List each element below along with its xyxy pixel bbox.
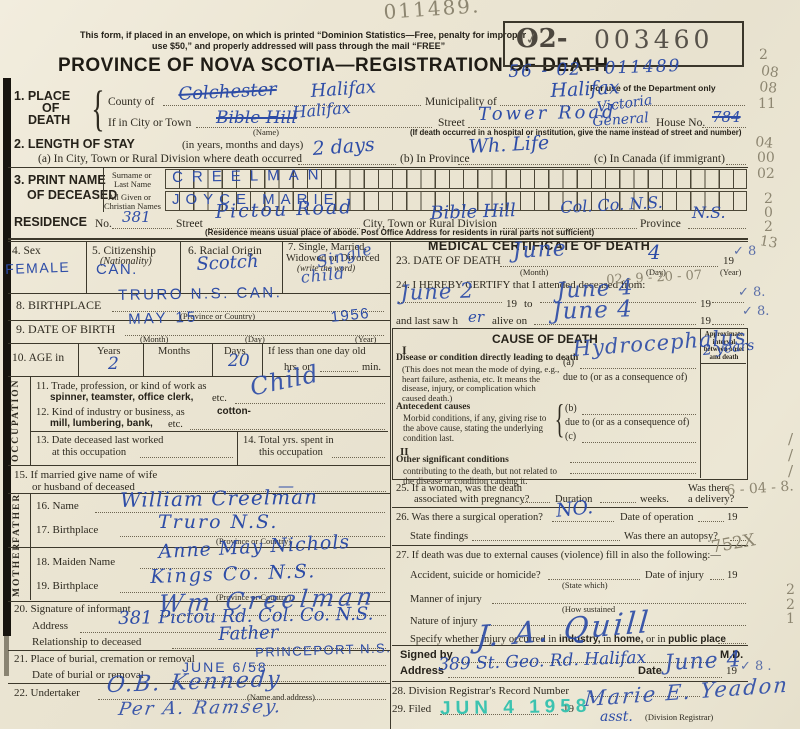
margin-tick: ✓ 8. [742,305,769,319]
certify-from-value: June 2 [400,279,475,304]
age-less-label: If less than one day old [268,346,366,357]
rule [448,675,634,678]
rule [503,226,637,229]
occupation-14-label2: this occupation [259,447,323,458]
physician-address-value: 389 St. Geo. Rd. Halifax [438,650,646,675]
citizenship-value: CAN. [96,262,138,278]
occupation-12-bold2: mill, lumbering, bank, [50,419,153,430]
operation-year: 19 [727,512,738,523]
rule [492,601,746,604]
age-label: 10. AGE in [12,352,64,364]
age-months-header: Months [158,346,190,357]
age-days-value: 20 [228,353,250,371]
rule [112,226,172,229]
date-of-death-month: June [512,237,567,263]
age-min-label: min. [362,362,381,373]
rule [208,226,360,229]
rule [125,333,384,336]
father-vertical-label: FATHER [13,498,23,543]
pencil-file-number: 011489. [383,0,481,23]
rule [712,300,744,303]
margin-tick: ✓ 8 . [740,660,772,674]
hospital-note: (If death occurred in a hospital or inst… [410,129,741,137]
informant-relationship-value: Father [218,624,279,645]
autopsy-label: Was there an autopsy? [624,531,718,542]
residence-division-value2: Col. Co. N.S. [560,195,663,217]
occupation-vertical-label: OCCUPATION [12,380,22,462]
rule [8,167,748,168]
rule [78,343,79,376]
stay-a-label: (a) In City, Town or Rural Division wher… [38,153,302,165]
physician-signature: J. A. Quill [475,607,652,654]
column-divider [390,241,391,729]
informant-address-label: Address [32,621,68,633]
city-value: Halifax [292,100,351,122]
burial-place-value: PRINCEPORT N.S. [255,641,392,659]
print-name-label: 3. PRINT NAME [14,174,106,187]
birthplace-value: TRURO N.S. CAN. [118,285,282,304]
rule [698,519,724,522]
length-of-stay-subtitle: (in years, months and days) [182,140,303,152]
rule [30,431,388,432]
mailing-notice-line2: use $50,” and properly addressed will pa… [152,42,445,51]
margin-code: 02 [757,167,775,182]
operation-date-label: Date of operation [620,512,693,523]
rule [500,264,718,267]
margin-delivery-code: 6 - 04 - 8. [726,479,794,498]
married-label: 15. If married give name of wife [14,470,157,482]
occupation-14-label: 14. Total yrs. spent in [243,435,334,446]
rule [8,465,390,466]
margin-code: 2 [786,583,795,598]
signed-date-value: June 4 [664,648,742,675]
rule [710,577,724,580]
filed-date-stamp: JUN 4 1958 [440,697,592,720]
margin-code: 08 [758,80,777,96]
certify-to-label: to [524,299,533,311]
rule [580,366,696,369]
stamp-number: 003460 [594,27,713,53]
racial-origin-value: Scotch [196,253,259,275]
rule [522,500,550,503]
rule [458,162,590,165]
certify-year2: 19 [700,299,711,311]
rule [212,343,213,376]
margin-code: 1 [786,612,795,627]
margin-code: 13 [758,234,778,252]
birthdate-month-value: MAY 15 [128,310,198,328]
scan-edge-bar-fade [4,636,9,676]
margin-tick: ✓ 8 [733,245,756,259]
delivery-label1: Was there [688,483,729,494]
mother-name-label: 18. Maiden Name [36,557,115,569]
sex-value: FEMALE [5,260,70,277]
rule [30,547,31,600]
filed-label: 29. Filed [392,704,431,716]
occupation-12-etc: etc. [168,419,183,430]
date-of-death-day: 4 [648,242,661,263]
place-of-death-label-death: DEATH [28,114,70,127]
state-which-caption: (State which) [562,581,608,590]
margin-code: 00 [757,151,775,166]
length-of-stay-label: 2. LENGTH OF STAY [14,138,135,151]
rule [30,493,31,547]
informant-relationship-label: Relationship to deceased [32,637,141,649]
last-saw-label: and last saw h [396,316,458,328]
sex-label: 4. Sex [12,245,41,257]
last-saw-her: er [468,310,484,326]
brace-glyph: { [91,82,104,135]
undertaker-label: 22. Undertaker [14,688,80,700]
rule [570,460,696,463]
father-birthplace-value: Truro N.S. [158,513,278,533]
occupation-12-label: 12. Kind of industry or business, as [36,407,185,418]
findings-label: State findings [410,531,468,542]
registrar-signature: Marie E. Yeadon [583,674,789,711]
rule [688,226,746,229]
residence-note: (Residence means usual place of abode. P… [205,229,594,237]
margin-code: 2 [759,48,768,63]
rule [700,363,746,364]
rule [472,538,620,541]
weeks-label: weeks. [640,494,669,505]
mailing-notice-line1: This form, if placed in an envelope, on … [80,31,526,40]
residence-no-value: 381 [122,210,151,226]
birthdate-year-value: 1956 [330,306,371,326]
stay-c-label: (c) In Canada (if immigrant) [594,153,725,165]
margin-icd-code: 752X [710,532,757,557]
residence-street-label: Street [176,218,203,230]
rule [140,455,233,458]
rule [392,545,748,546]
county-value-struck: Colchester [178,81,277,105]
residence-no-label: No. [95,218,112,230]
date-of-injury-label: Date of injury [645,570,704,581]
surname-caption2: Last Name [114,180,151,189]
rule [332,455,385,458]
undertaker-per-value: Per A. Ramsey. [117,698,284,720]
margin-code: 04 [754,135,773,151]
division-registrar-caption: (Division Registrar) [645,713,713,722]
residence-province-value: N.S. [692,205,726,222]
operation-label: 26. Was there a surgical operation? [396,512,543,523]
registrar-asst: asst. [600,710,633,725]
rule [8,343,390,344]
certify-pencil-code: 02 - 9 - 20 - 07 [606,269,702,288]
residence-division-value: Bible Hill [430,202,516,224]
alive-on-label: alive on [492,316,527,328]
residence-province-label: Province [640,218,681,230]
rule [30,377,31,465]
rule [570,471,696,474]
birthplace-label: 8. BIRTHPLACE [16,299,101,312]
date-of-death-label: 23. DATE OF DEATH [396,255,501,267]
age-years-value: 2 [108,356,119,374]
birthdate-label: 9. DATE OF BIRTH [16,323,115,336]
mother-vertical-label: MOTHER [13,552,23,597]
certify-year1: 19 [506,299,517,311]
rule [235,401,385,404]
margin-tick: ✓ 8. [738,286,765,300]
manner-of-injury-label: Manner of injury [410,594,482,605]
city-town-label: If in City or Town [108,117,191,129]
county-label: County of [108,96,154,108]
informant-label: 20. Signature of informant [14,604,131,616]
rule [237,431,238,465]
rule [726,162,746,165]
rule [582,412,696,415]
rule [548,577,640,580]
rule [8,241,748,242]
rule [190,427,385,430]
operation-value: NO. [555,498,594,522]
occupation-11-bold: spinner, teamster, office clerk, [50,393,193,404]
margin-code: 2 [764,220,773,235]
undertaker-value: O.B. Kennedy [106,668,283,697]
rule [298,162,396,165]
rule [8,376,390,377]
father-birthplace-label: 17. Birthplace [36,525,98,537]
burial-place-label: 21. Place of burial, cremation or remova… [14,654,195,666]
death-caption-year: (Year) [720,268,741,277]
occupation-11-etc: etc. [212,393,227,404]
rule [8,238,748,240]
mother-name-value: Anne May Nichols [158,533,351,563]
stay-a-value: 2 days [312,136,375,160]
name-caption: (Name) [253,128,279,137]
injury-year: 19 [727,570,738,581]
occupation-value: Child [248,362,321,401]
marital-value2: child [300,265,346,286]
residence-label: RESIDENCE [14,216,87,229]
nature-of-injury-label: Nature of injury [410,616,478,627]
house-no-value: 784 [712,110,741,126]
scan-edge-bar [3,78,11,636]
death-registration-form: 011489. This form, if placed in an envel… [0,0,800,729]
surname-value: CREELMAN [172,167,328,185]
rule [143,343,144,376]
father-name-value: William Creelman [120,487,318,511]
residence-street-value: Pictou Road [215,198,354,223]
occupation-13-label: 13. Date deceased last worked [36,435,163,446]
rule [86,241,87,293]
rule [582,440,696,443]
margin-code: 11 [758,97,776,112]
pregnancy-label2: associated with pregnancy? [414,494,529,505]
certify-year3: 19 [700,316,711,328]
occupation-13-label2: at this occupation [52,447,126,458]
city-value-struck: Bible Hill [216,110,297,128]
rule [103,167,104,212]
mother-birthplace-value: Kings Co. N.S. [150,562,317,588]
rule [718,641,746,644]
rule [250,663,386,666]
external-causes-label: 27. If death was due to external causes … [396,550,721,561]
accident-label: Accident, suicide or homicide? [410,570,541,581]
rule [320,369,358,372]
mother-birthplace-label: 19. Birthplace [36,581,98,593]
death-caption-month: (Month) [520,268,548,277]
occupation-11-label: 11. Trade, profession, or kind of work a… [36,381,207,392]
alive-on-value: June 4 [552,297,633,324]
occupation-12-bold1: cotton- [217,407,251,418]
rule [600,500,636,503]
father-name-label: 16. Name [36,501,79,513]
stay-b-value: Wh. Life [468,134,550,158]
pregnancy-label1: 25. If a woman, was the death [396,483,522,494]
